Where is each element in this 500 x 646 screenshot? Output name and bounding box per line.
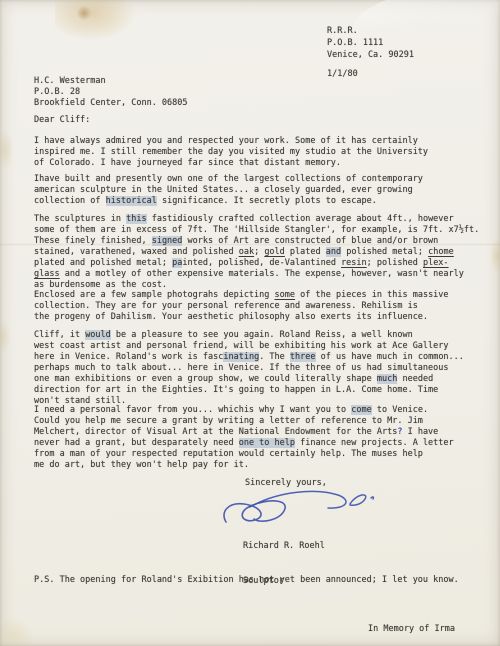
paragraph-venice-invite: Cliff, it would be a pleasure to see you… (34, 330, 464, 407)
memorial-note: In Memory of Irma (368, 624, 455, 635)
recipient-address-block: H.C. WestermanP.O.B. 28Brookfield Center… (34, 76, 188, 109)
paragraph-intro: I have always admired you and respected … (34, 136, 428, 169)
signature-name: Richard R. Roehl (243, 541, 325, 553)
paragraph-sculptures: The sculptures in this fastidiously craf… (34, 214, 479, 291)
paragraph-grant-favor: I need a personal favor from you... whic… (34, 405, 454, 471)
paragraph-collection: Ihave built and presently own one of the… (34, 174, 423, 207)
salutation: Dear Cliff: (34, 115, 90, 126)
stain-left-edge-lower (0, 320, 11, 354)
paragraph-photographs: Enclosed are a few sample photograhs dep… (34, 290, 449, 323)
date-line: 1/1/80 (327, 69, 358, 80)
stain-top-left-core (76, 6, 92, 20)
stain-bottom-left (0, 616, 34, 646)
stain-right-edge (490, 238, 500, 274)
signature-name-block: Richard R. Roehl Sculptor (243, 518, 325, 610)
sender-address-block: R.R.R.P.O.B. 1111Venice, Ca. 90291 (327, 25, 414, 61)
letter-page: R.R.R.P.O.B. 1111Venice, Ca. 90291 1/1/8… (0, 0, 500, 646)
stain-top-left (55, 0, 135, 40)
postscript: P.S. The opening for Roland's Exibition … (34, 575, 459, 586)
stain-left-edge-upper (0, 130, 14, 170)
